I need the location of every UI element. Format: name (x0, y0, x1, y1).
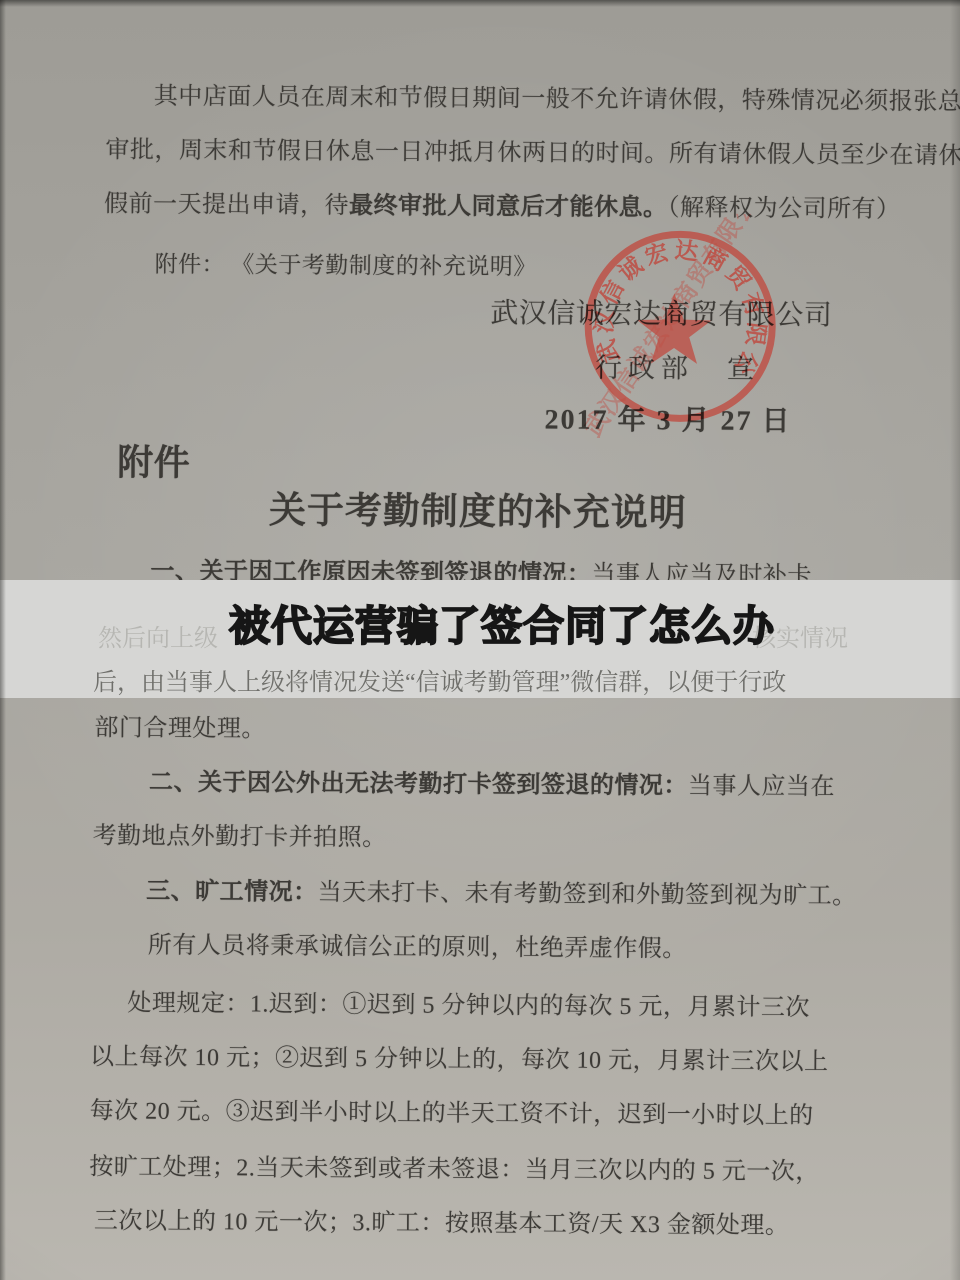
section2-line1: 二、关于因公外出无法考勤打卡签到签退的情况：当事人应当在 (149, 768, 835, 803)
section3-line2: 所有人员将秉承诚信公正的原则，杜绝弄虚作假。 (148, 931, 687, 965)
caption-banner-title: 被代运营骗了签合同了怎么办 (22, 593, 960, 652)
section1-line4: 部门合理处理。 (94, 713, 266, 744)
doc-text-segment: 当天未打卡、未有考勤签到和外勤签到视为旷工。 (318, 880, 857, 910)
doc-text-segment: 二、关于因公外出无法考勤打卡签到签退的情况： (149, 770, 688, 800)
washed-doc-line: 后，由当事人上级将情况发送“信诚考勤管理”微信群，以便于行政 (93, 662, 786, 697)
rules-line1: 处理规定：1.迟到：①迟到 5 分钟以内的每次 5 元，月累计三次 (127, 989, 810, 1024)
section3-line1: 三、旷工情况：当天未打卡、未有考勤签到和外勤签到视为旷工。 (146, 877, 857, 912)
doc-text-segment: 假前一天提出申请，待 (104, 191, 349, 219)
document-photo: 三次以上的 10 元一次；3.旷工：按照基本工资/天 X3 金额处理。按旷工处理… (0, 0, 960, 1280)
para1-line3: 假前一天提出申请，待最终审批人同意后才能休息。（解释权为公司所有） (104, 189, 901, 225)
date-line: 2017 年 3 月 27 日 (544, 402, 791, 439)
rules-line3: 每次 20 元。③迟到半小时以上的半天工资不计，迟到一小时以上的 (90, 1096, 814, 1131)
rules-line4: 按旷工处理；2.当天未签到或者未签退：当月三次以内的 5 元一次， (89, 1152, 820, 1187)
rules-line2: 以上每次 10 元；②迟到 5 分钟以上的，每次 10 元，月累计三次以上 (90, 1042, 829, 1077)
doc-text-segment: 当事人应当在 (688, 773, 835, 800)
company-signature: 武汉信诚宏达商贸有限公司 (490, 296, 832, 333)
attachment-heading: 附件 (117, 440, 190, 486)
rules-line5: 三次以上的 10 元一次；3.旷工：按照基本工资/天 X3 金额处理。 (94, 1206, 790, 1241)
doc-text-segment: （解释权为公司所有） (667, 195, 900, 223)
doc-title: 关于考勤制度的补充说明 (269, 489, 687, 538)
dept-signature: 行政部 宣 (595, 352, 760, 387)
para1-line2: 审批，周末和节假日休息一日冲抵月休两日的时间。所有请休假人员至少在请休 (105, 135, 960, 171)
doc-text-segment: 三、旷工情况： (146, 879, 318, 906)
para1-line1: 其中店面人员在周末和节假日期间一般不允许请休假，特殊情况必须报张总 (154, 82, 960, 118)
caption-banner-strip: 然后向上级 核实情况 后，由当事人上级将情况发送“信诚考勤管理”微信群，以便于行… (0, 580, 960, 698)
company-seal: 武汉信诚宏达商贸有限公司 武汉信诚宏达商贸有限公司 (549, 212, 811, 484)
section2-line2: 考勤地点外勤打卡并拍照。 (93, 821, 387, 853)
attachment-ref: 附件： 《关于考勤制度的补充说明》 (155, 251, 537, 282)
doc-text-segment: 最终审批人同意后才能休息。 (349, 193, 668, 221)
